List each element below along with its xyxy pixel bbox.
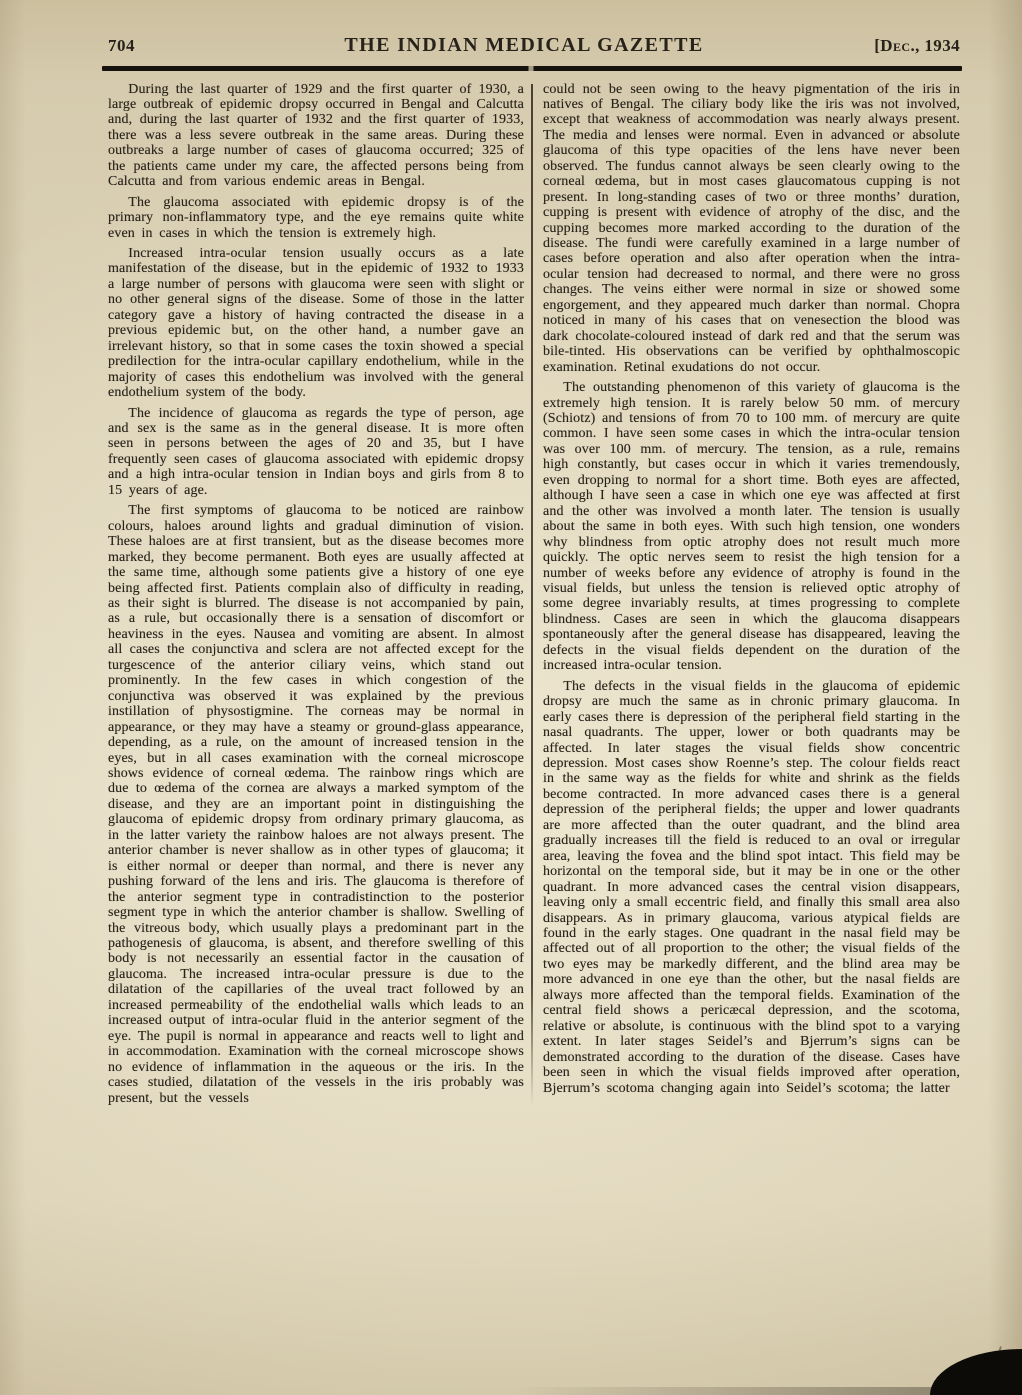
journal-title: THE INDIAN MEDICAL GAZETTE [238,34,810,57]
paragraph-outbreak-history: During the last quarter of 1929 and the … [108,82,524,190]
journal-page-scan: 704 THE INDIAN MEDICAL GAZETTE [Dec., 19… [0,0,1022,1395]
paragraph-first-symptoms: The first symptoms of glaucoma to be not… [108,503,524,1106]
column-divider [531,84,533,1106]
paragraph-high-tension: The outstanding phenomenon of this varie… [543,380,960,674]
paragraph-incidence: The incidence of glaucoma as regards the… [108,406,524,499]
left-column: During the last quarter of 1929 and the … [108,82,524,1106]
scan-corner-shadow [930,1349,1022,1395]
page-header: 704 THE INDIAN MEDICAL GAZETTE [Dec., 19… [0,0,1022,57]
issue-date: [Dec., 1934 [810,36,960,56]
page-number: 704 [108,36,238,56]
paragraph-iris-continuation: could not be seen owing to the heavy pig… [543,82,960,376]
article-body: During the last quarter of 1929 and the … [0,71,1022,1106]
paragraph-visual-field-defects: The defects in the visual fields in the … [543,679,960,1096]
paragraph-glaucoma-type: The glaucoma associated with epidemic dr… [108,195,524,241]
paragraph-intraocular-tension: Increased intra-ocular tension usually o… [108,246,524,401]
right-column: could not be seen owing to the heavy pig… [543,82,960,1106]
